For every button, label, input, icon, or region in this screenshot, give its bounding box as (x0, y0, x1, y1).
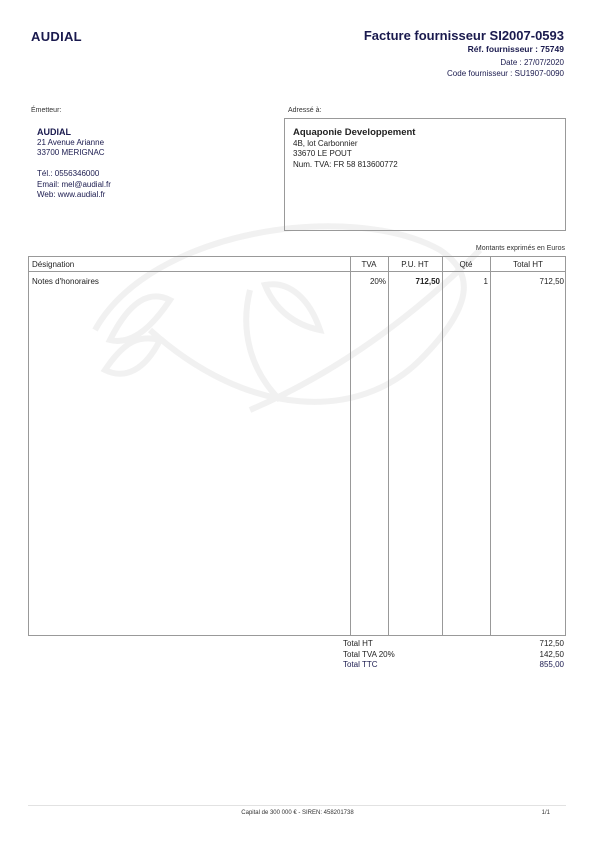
sender-email: Email: mel@audial.fr (37, 180, 111, 191)
invoice-title: Facture fournisseur SI2007-0593 (364, 28, 564, 43)
recipient-vat: Num. TVA: FR 58 813600772 (293, 160, 415, 171)
recipient-address-line2: 33670 LE POUT (293, 149, 415, 160)
footer-legal: Capital de 300 000 € - SIREN: 458201738 (0, 810, 595, 816)
column-header-designation: Désignation (32, 260, 74, 269)
row-unit-price: 712,50 (388, 277, 440, 286)
row-qty: 1 (442, 277, 488, 286)
row-tva: 20% (350, 277, 386, 286)
column-divider (442, 257, 443, 635)
column-divider (490, 257, 491, 635)
recipient-box: Aquaponie Developpement 4B, lot Carbonni… (284, 118, 566, 231)
total-tva-label: Total TVA 20% (343, 650, 395, 661)
sender-address-line2: 33700 MERIGNAC (37, 148, 111, 159)
column-divider (350, 257, 351, 635)
row-designation: Notes d'honoraires (32, 277, 99, 286)
column-divider (388, 257, 389, 635)
supplier-reference: Réf. fournisseur : 75749 (468, 44, 564, 54)
total-ttc-value: 855,00 (540, 660, 564, 671)
invoice-date: Date : 27/07/2020 (500, 58, 564, 67)
row-total: 712,50 (490, 277, 564, 286)
sender-address-line1: 21 Avenue Arianne (37, 138, 111, 149)
sender-label: Émetteur: (31, 107, 61, 114)
recipient-name: Aquaponie Developpement (293, 128, 415, 139)
column-header-qty: Qté (442, 260, 490, 269)
company-logo: AUDIAL (31, 29, 82, 44)
total-tva-value: 142,50 (540, 650, 564, 661)
totals-labels: Total HT Total TVA 20% Total TTC (343, 639, 395, 671)
header-divider (29, 271, 565, 272)
total-ht-label: Total HT (343, 639, 395, 650)
recipient-label: Adressé à: (288, 107, 321, 114)
currency-note: Montants exprimés en Euros (476, 245, 565, 252)
column-header-unit-price: P.U. HT (388, 260, 442, 269)
recipient-address-line1: 4B, lot Carbonnier (293, 139, 415, 150)
column-header-tva: TVA (350, 260, 388, 269)
sender-block: AUDIAL 21 Avenue Arianne 33700 MERIGNAC … (37, 127, 111, 201)
invoice-lines-table: Désignation TVA P.U. HT Qté Total HT Not… (28, 256, 566, 636)
sender-phone: Tél.: 0556346000 (37, 169, 111, 180)
supplier-code: Code fournisseur : SU1907-0090 (447, 69, 564, 78)
totals-values: 712,50 142,50 855,00 (540, 639, 564, 671)
sender-name: AUDIAL (37, 127, 111, 138)
total-ht-value: 712,50 (540, 639, 564, 650)
footer-divider (28, 805, 566, 806)
total-ttc-label: Total TTC (343, 660, 395, 671)
page-number: 1/1 (542, 810, 550, 816)
column-header-total: Total HT (490, 260, 566, 269)
sender-web: Web: www.audial.fr (37, 190, 111, 201)
